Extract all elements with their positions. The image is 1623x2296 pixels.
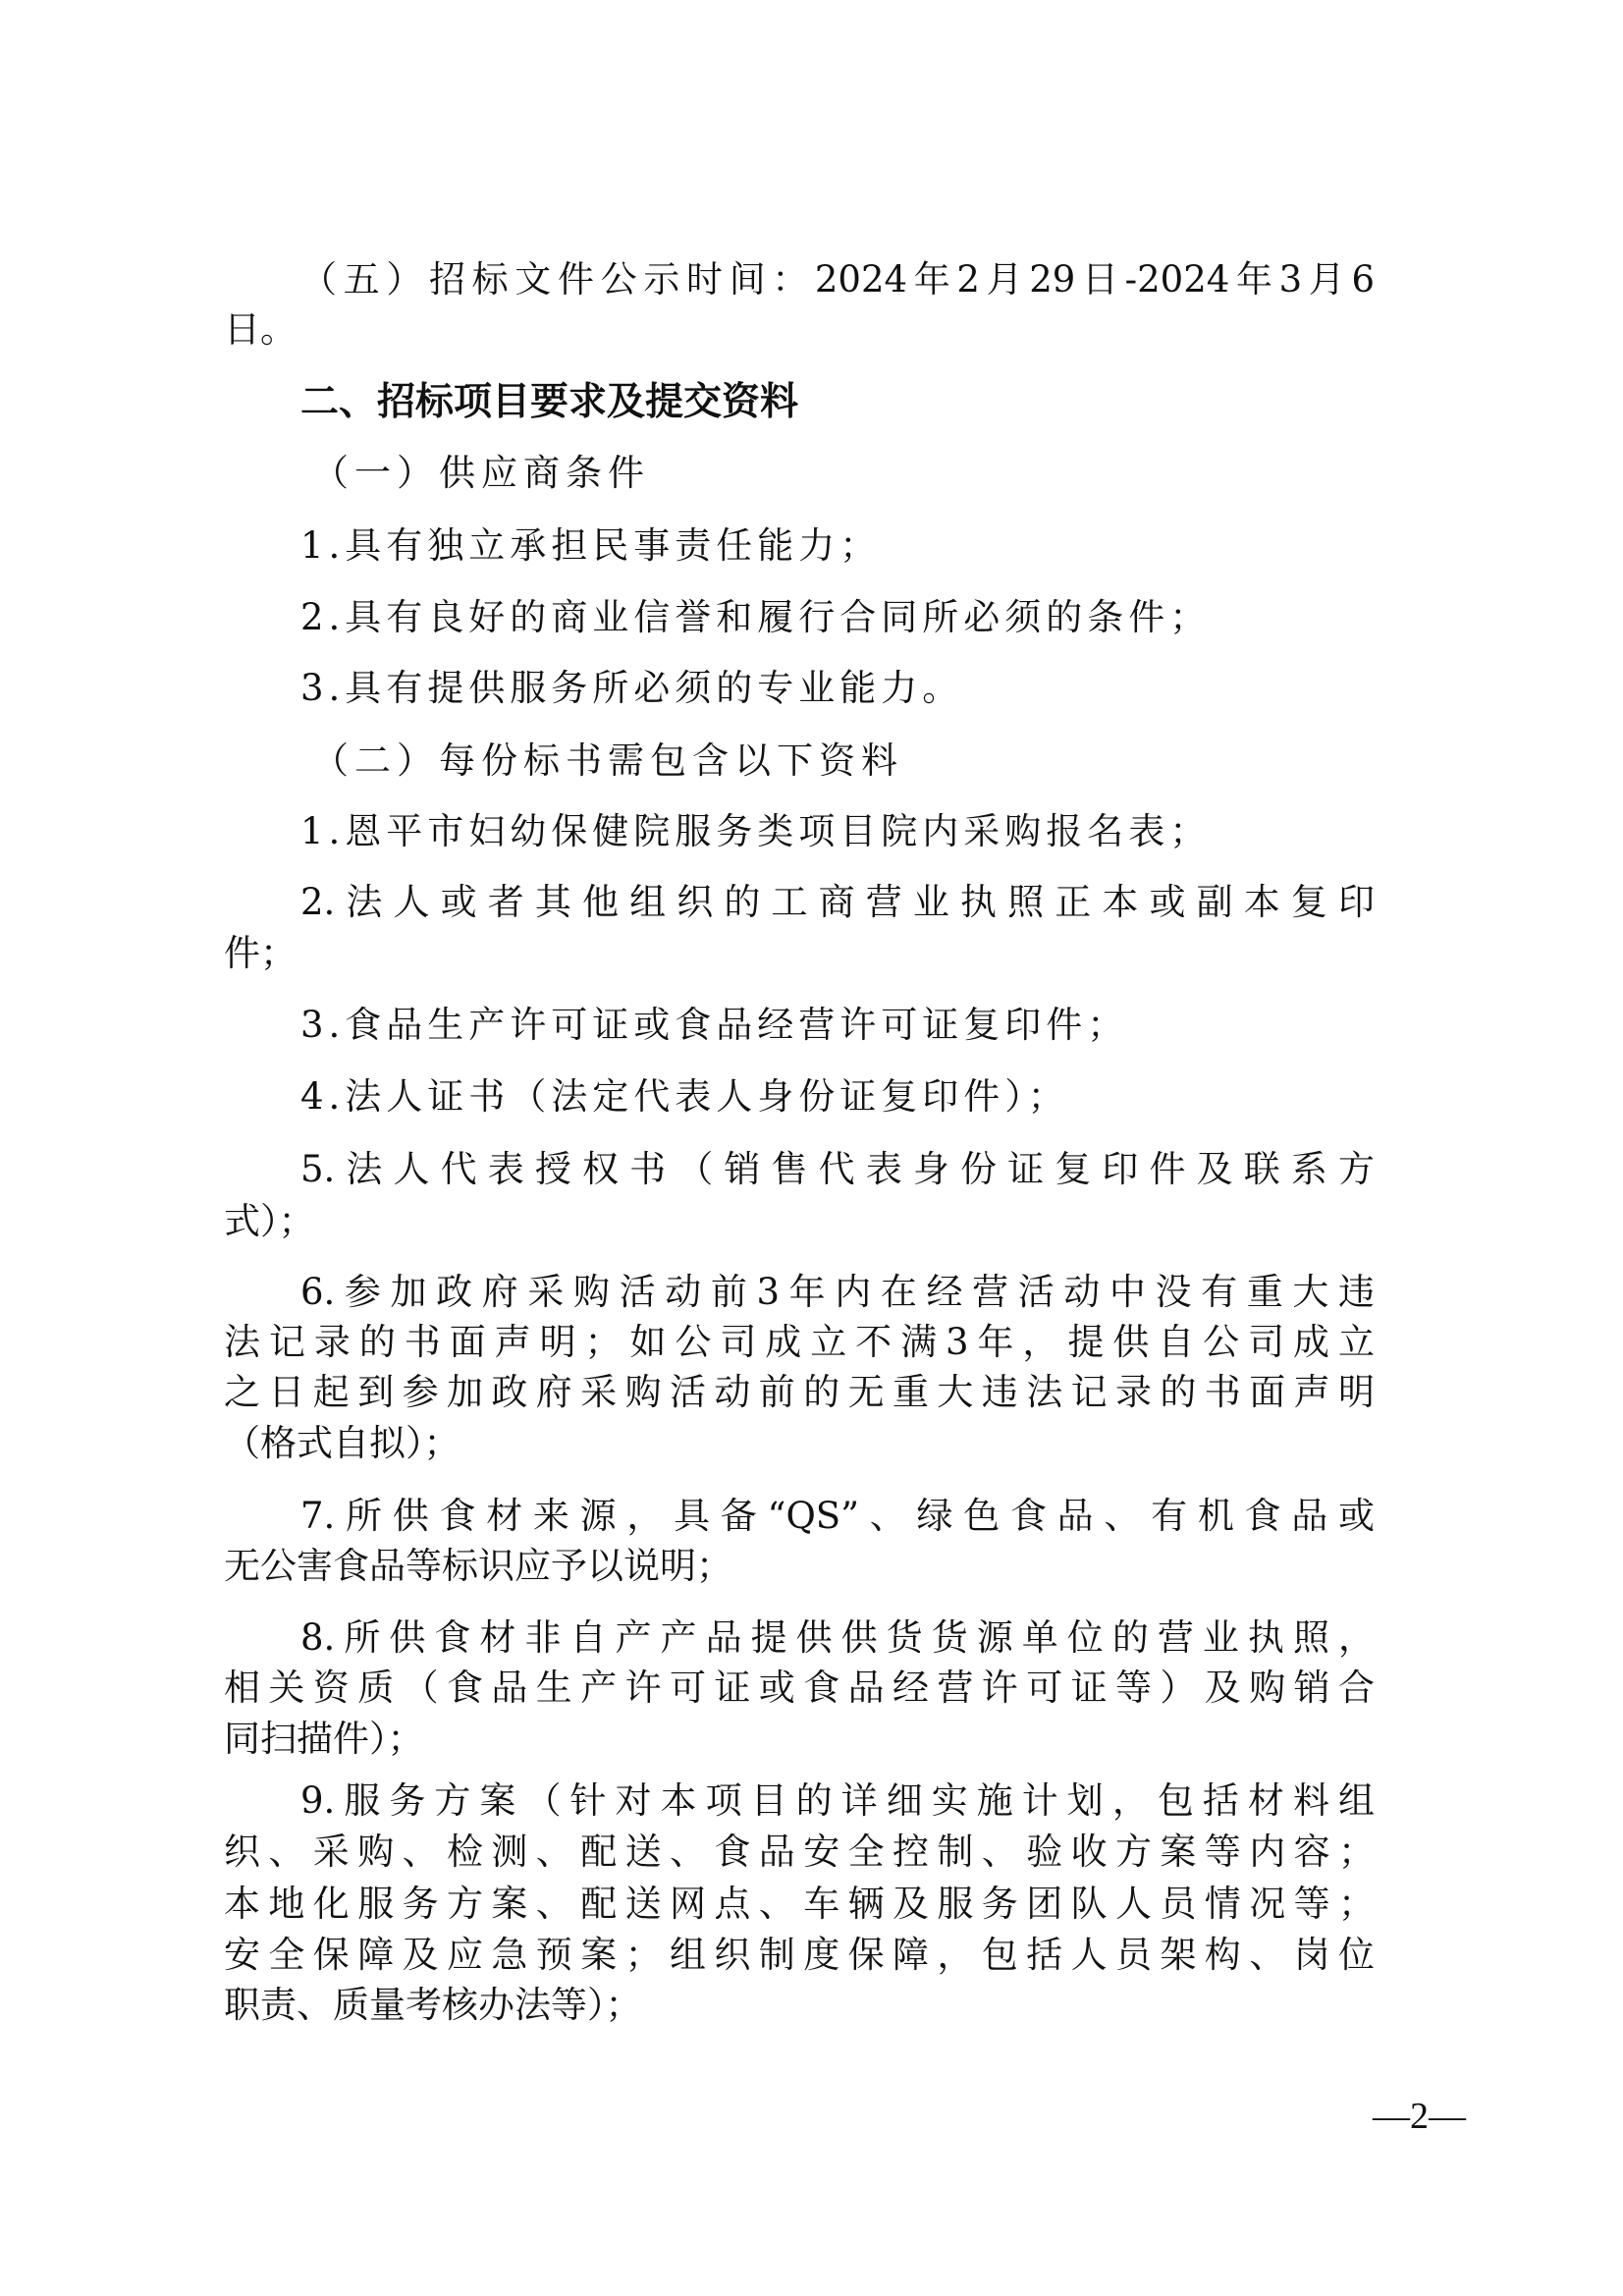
bid-content-item-8-line-2: 相关资质（食品生产许可证或食品经营许可证等）及购销合 [224,1664,1375,1713]
supplier-condition-item: 3.具有提供服务所必须的专业能力。 [300,664,1375,713]
bid-content-item-6-line-3: 之日起到参加政府采购活动前的无重大违法记录的书面声明 [224,1368,1375,1417]
bid-content-item-4: 4.法人证书（法定代表人身份证复印件）； [300,1072,1375,1121]
bid-content-item-6-line-1: 6.参加政府采购活动前3年内在经营活动中没有重大违 [300,1268,1375,1317]
page-number: —2— [1373,2092,1466,2141]
bid-content-item-2-line-1: 2.法人或者其他组织的工商营业执照正本或副本复印 [300,878,1375,927]
bid-content-item-7-line-2: 无公害食品等标识应予以说明； [224,1542,1375,1591]
bid-content-item-5-line-1: 5.法人代表授权书（销售代表身份证复印件及联系方 [300,1145,1375,1194]
bid-content-item-8-line-3: 同扫描件）； [224,1715,1375,1764]
bid-content-item-7-line-1: 7.所供食材来源，具备“QS”、绿色食品、有机食品或 [300,1492,1375,1541]
bid-content-item-8-line-1: 8.所供食材非自产产品提供供货货源单位的营业执照， [300,1613,1375,1663]
bid-content-item-5-line-2: 式）； [224,1197,1375,1246]
bid-content-item-2-line-2: 件； [224,929,1375,978]
bid-content-item-9-line-5: 职责、质量考核办法等）； [224,1981,1375,2030]
paragraph-publication-time-line-2: 日。 [224,305,1375,355]
bid-content-item-9-line-2: 织、采购、检测、配送、食品安全控制、验收方案等内容； [224,1828,1375,1877]
supplier-condition-item: 2.具有良好的商业信誉和履行合同所必须的条件； [300,593,1375,642]
subheading-supplier-conditions: （一）供应商条件 [312,449,650,498]
bid-content-item-9-line-4: 安全保障及应急预案；组织制度保障，包括人员架构、岗位 [224,1931,1375,1980]
bid-content-item-3: 3.食品生产许可证或食品经营许可证复印件； [300,1001,1375,1050]
supplier-condition-item: 1.具有独立承担民事责任能力； [300,521,1375,571]
document-page: （五）招标文件公示时间：2024年2月29日-2024年3月6 日。 二、招标项… [0,0,1623,2296]
bid-content-item-6-line-4: （格式自拟）； [224,1419,1375,1468]
section-heading-requirements: 二、招标项目要求及提交资料 [300,376,798,429]
bid-content-item-1: 1.恩平市妇幼保健院服务类项目院内采购报名表； [300,807,1375,856]
bid-content-item-6-line-2: 法记录的书面声明；如公司成立不满3年，提供自公司成立 [224,1318,1375,1367]
paragraph-publication-time-line-1: （五）招标文件公示时间：2024年2月29日-2024年3月6 [300,255,1375,304]
bid-content-item-9-line-1: 9.服务方案（针对本项目的详细实施计划，包括材料组 [300,1777,1375,1826]
bid-content-item-9-line-3: 本地化服务方案、配送网点、车辆及服务团队人员情况等； [224,1880,1375,1929]
subheading-bid-contents: （二）每份标书需包含以下资料 [312,737,903,786]
